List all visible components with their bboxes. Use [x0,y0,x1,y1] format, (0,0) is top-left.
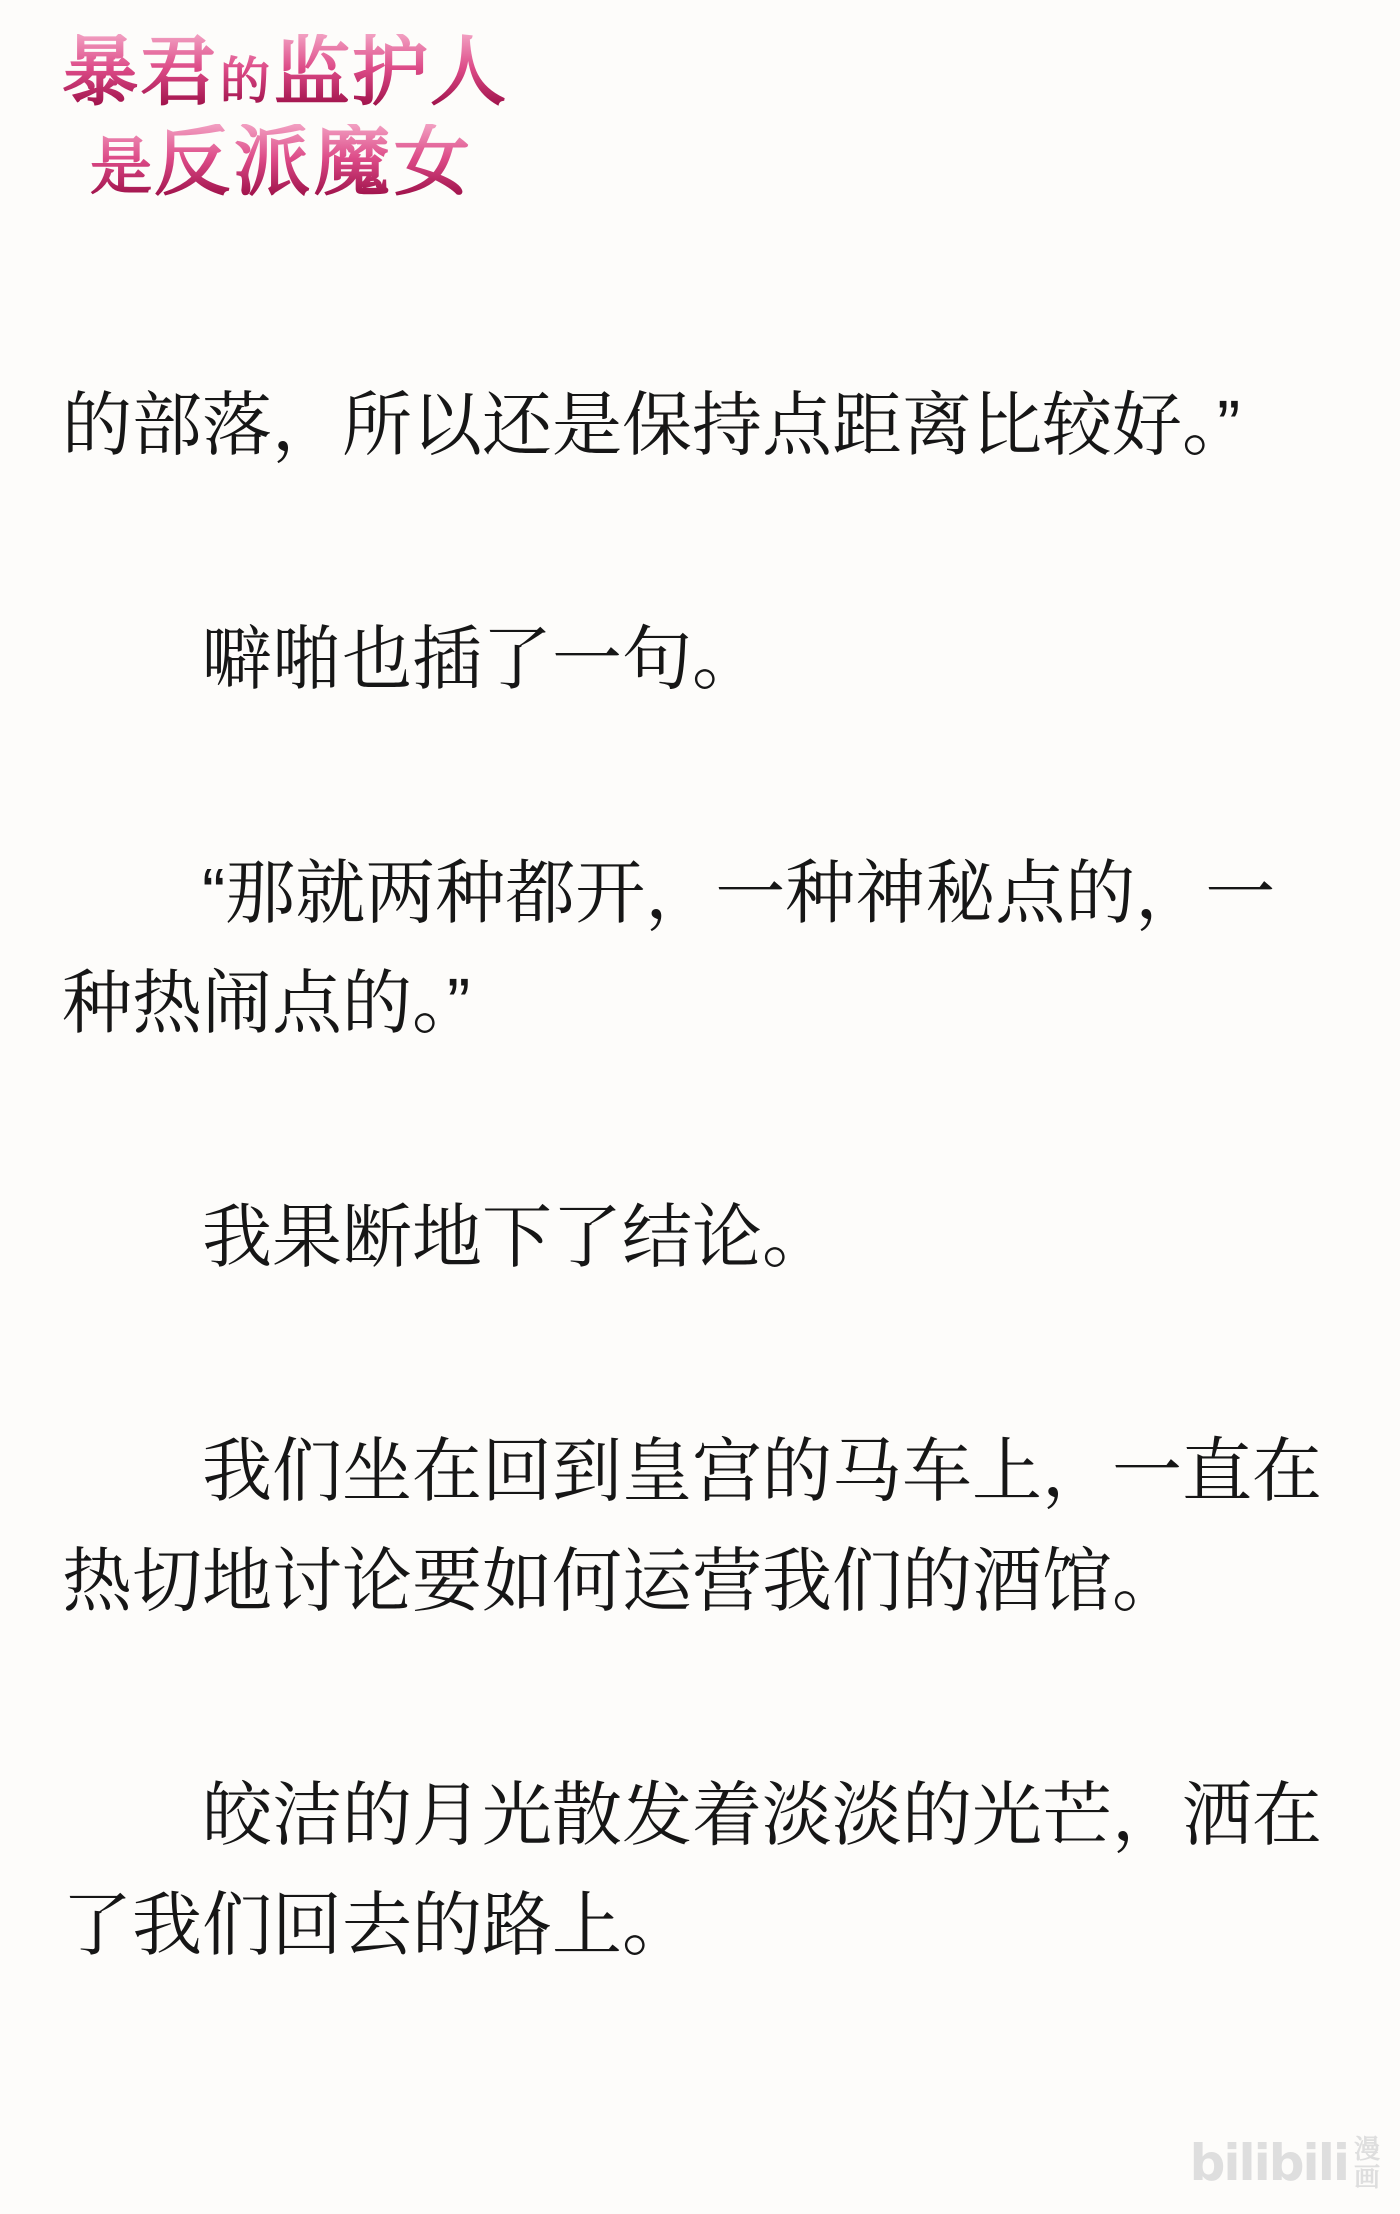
series-title-text: 暴君 [62,34,218,110]
series-title-line2: 是 反派魔女 [90,124,508,200]
manga-label: 漫 画 [1354,2135,1380,2191]
manga-label-char: 漫 [1354,2135,1380,2163]
series-title-text: 反派魔女 [154,124,474,200]
series-title-line1: 暴君 的 监护人 [62,34,508,110]
paragraph: “那就两种都开，一种神秘点的，一种热闹点的。” [62,838,1338,1058]
series-title-text: 是 [90,136,154,198]
manga-label-char: 画 [1354,2163,1380,2191]
body-text: 的部落，所以还是保持点距离比较好。”噼啪也插了一句。“那就两种都开，一种神秘点的… [0,370,1400,2104]
paragraph: 噼啪也插了一句。 [62,604,1338,714]
novel-reader-page: 暴君 的 监护人 是 反派魔女 的部落，所以还是保持点距离比较好。”噼啪也插了一… [0,0,1400,2214]
bilibili-logo: bilibili [1190,2134,1348,2192]
bilibili-watermark: bilibili 漫 画 [1190,2134,1380,2192]
paragraph: 的部落，所以还是保持点距离比较好。” [62,370,1338,480]
paragraph: 皎洁的月光散发着淡淡的光芒，洒在了我们回去的路上。 [62,1760,1338,1980]
series-title-text: 的 [218,56,274,106]
series-title-text: 监护人 [274,34,508,110]
paragraph: 我果断地下了结论。 [62,1182,1338,1292]
series-title-logo: 暴君 的 监护人 是 反派魔女 [62,34,508,200]
paragraph: 我们坐在回到皇宫的马车上，一直在热切地讨论要如何运营我们的酒馆。 [62,1416,1338,1636]
